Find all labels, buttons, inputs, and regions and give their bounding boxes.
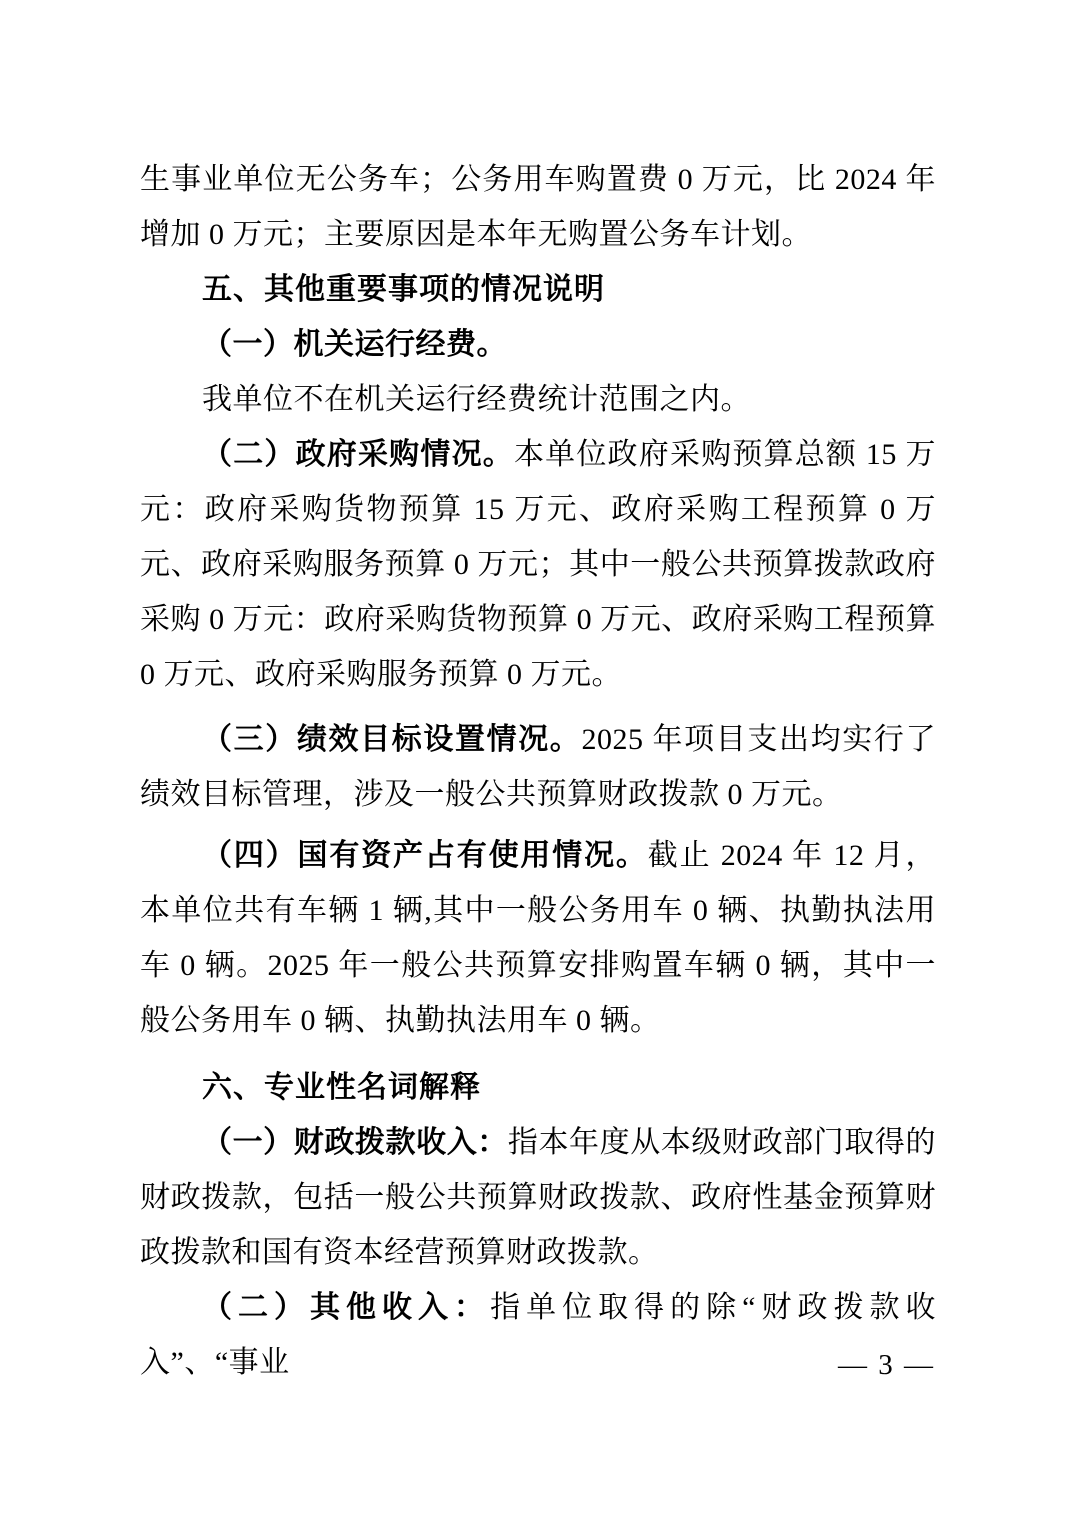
subheading-text: （二）其他收入： [202,1291,490,1324]
document-page: 生事业单位无公务车；公务用车购置费 0 万元，比 2024 年增加 0 万元；主… [0,0,1074,1520]
page-number: — 3 — [838,1348,935,1382]
document-body: 生事业单位无公务车；公务用车购置费 0 万元，比 2024 年增加 0 万元；主… [140,152,936,1390]
paragraph-5-2-procurement: （二）政府采购情况。本单位政府采购预算总额 15 万元：政府采购货物预算 15 … [140,427,936,702]
paragraph-text: 生事业单位无公务车；公务用车购置费 0 万元，比 2024 年增加 0 万元；主… [140,163,936,251]
paragraph-6-1-fiscal-income: （一）财政拨款收入：指本年度从本级财政部门取得的财政拨款，包括一般公共预算财政拨… [140,1115,936,1280]
paragraph-text: 本单位政府采购预算总额 15 万元：政府采购货物预算 15 万元、政府采购工程预… [140,438,936,691]
subheading-text: （一）机关运行经费。 [202,328,507,361]
subheading-text: （三）绩效目标设置情况。 [202,723,581,756]
paragraph-5-1-body: 我单位不在机关运行经费统计范围之内。 [140,372,936,427]
heading-text: 五、其他重要事项的情况说明 [202,273,605,306]
paragraph-6-2-other-income: （二）其他收入：指单位取得的除“财政拨款收入”、“事业 [140,1280,936,1390]
paragraph-5-1-title: （一）机关运行经费。 [140,317,936,372]
paragraph-5-4-state-assets: （四）国有资产占有使用情况。截止 2024 年 12 月，本单位共有车辆 1 辆… [140,828,936,1048]
paragraph-text: 我单位不在机关运行经费统计范围之内。 [202,383,751,416]
heading-text: 六、专业性名词解释 [202,1071,481,1104]
subheading-text: （二）政府采购情况。 [202,438,514,471]
paragraph-carryover: 生事业单位无公务车；公务用车购置费 0 万元，比 2024 年增加 0 万元；主… [140,152,936,262]
paragraph-5-3-performance: （三）绩效目标设置情况。2025 年项目支出均实行了绩效目标管理，涉及一般公共预… [140,712,936,822]
subheading-text: （四）国有资产占有使用情况。 [202,839,648,872]
section-heading-6: 六、专业性名词解释 [140,1060,936,1115]
section-heading-5: 五、其他重要事项的情况说明 [140,262,936,317]
subheading-text: （一）财政拨款收入： [202,1126,508,1159]
